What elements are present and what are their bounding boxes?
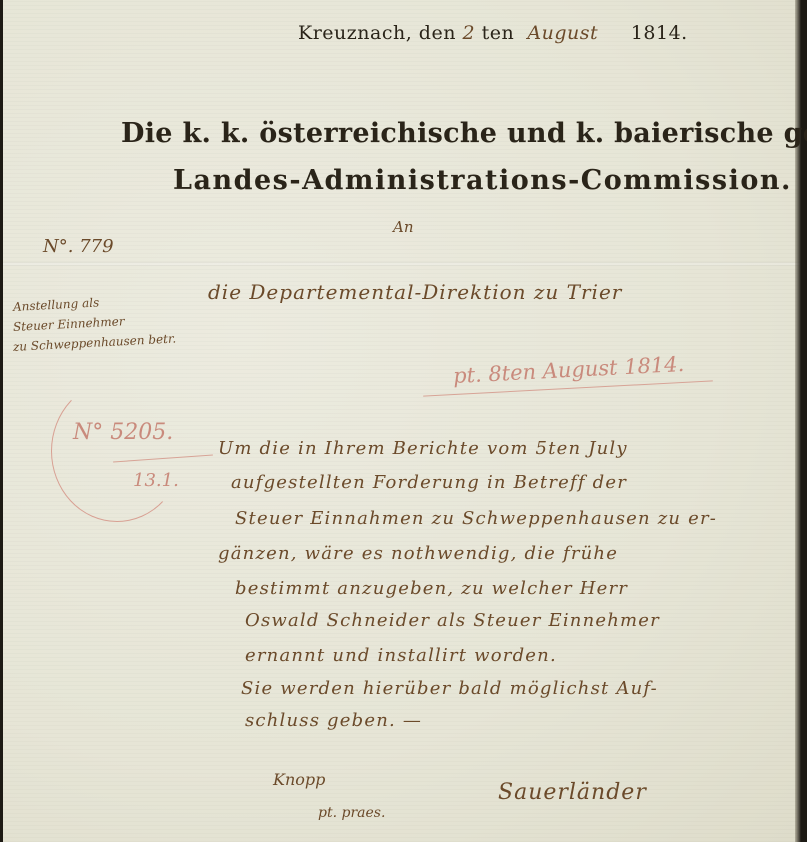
margin-note-line: zu Schweppenhausen betr. xyxy=(13,331,177,354)
registry-sub: 13.1. xyxy=(133,470,179,491)
closing-left-line-2: pt. praes. xyxy=(318,805,385,821)
document-page: Kreuznach, den 2 ten August 1814. Die k.… xyxy=(3,0,801,842)
dateline-ten: ten xyxy=(482,22,515,44)
body-line: Oswald Schneider als Steuer Einnehmer xyxy=(245,610,660,631)
salutation-prefix: An xyxy=(393,218,414,236)
registry-flourish xyxy=(51,380,183,522)
dateline-place: Kreuznach, xyxy=(298,22,412,44)
dateline-day: 2 xyxy=(463,22,476,44)
body-line: Steuer Einnahmen zu Schweppenhausen zu e… xyxy=(235,508,717,529)
body-line: Sie werden hierüber bald möglichst Auf- xyxy=(241,678,658,699)
margin-note-line: Steuer Einnehmer xyxy=(13,314,125,334)
body-line: ernannt und installirt worden. xyxy=(245,645,557,666)
letterhead-line-1: Die k. k. österreichische und k. baieris… xyxy=(121,118,807,149)
closing-left-line-1: Knopp xyxy=(273,770,325,789)
body-line: Um die in Ihrem Berichte vom 5ten July xyxy=(218,438,628,459)
dateline-year: 1814. xyxy=(631,22,688,44)
reference-number: N°. 779 xyxy=(43,236,114,257)
letterhead-line-2: Landes-Administrations-Commission. xyxy=(173,165,792,196)
received-stamp: pt. 8ten August 1814. xyxy=(453,352,685,388)
body-line: gänzen, wäre es nothwendig, die frühe xyxy=(218,543,618,564)
body-line: schluss geben. — xyxy=(245,710,422,731)
paper-fold-line xyxy=(3,262,801,266)
recipient-line: die Departemental-Direktion zu Trier xyxy=(208,280,622,304)
margin-note-line: Anstellung als xyxy=(13,295,100,313)
dateline: Kreuznach, den 2 ten August 1814. xyxy=(298,22,688,44)
body-line: bestimmt anzugeben, zu welcher Herr xyxy=(235,578,628,599)
dateline-month: August xyxy=(527,22,598,44)
signature: Sauerländer xyxy=(498,780,647,805)
dateline-den: den xyxy=(419,22,456,44)
body-line: aufgestellten Forderung in Betreff der xyxy=(231,472,627,493)
registry-number: N° 5205. xyxy=(73,420,173,445)
